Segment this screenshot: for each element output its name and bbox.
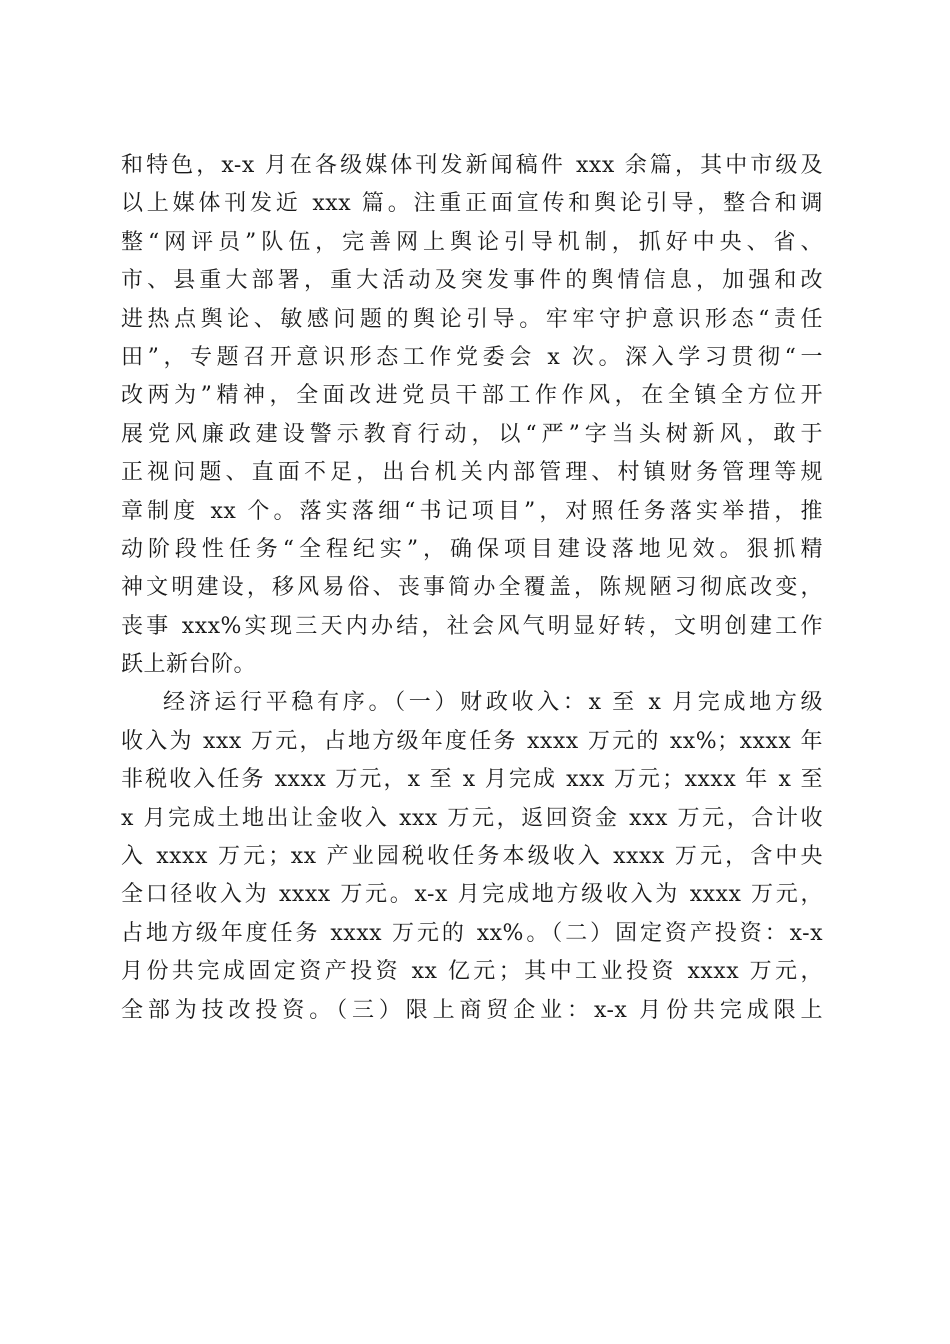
text-line: 进热点舆论、敏感问题的舆论引导。牢牢守护意识形态“责任 [121, 301, 823, 339]
text-line: 改两为”精神，全面改进党员干部工作作风，在全镇全方位开 [121, 377, 823, 415]
text-line: 全口径收入为 xxxx 万元。x-x 月完成地方级收入为 xxxx 万元， [121, 876, 823, 914]
text-line: 收入为 xxx 万元，占地方级年度任务 xxxx 万元的 xx%；xxxx 年 [121, 723, 823, 761]
text-line: 跃上新台阶。 [121, 646, 823, 684]
text-line: 全部为技改投资。（三）限上商贸企业：x-x 月份共完成限上 [121, 992, 823, 1030]
text-line: 以上媒体刊发近 xxx 篇。注重正面宣传和舆论引导，整合和调 [121, 185, 823, 223]
text-line: 正视问题、直面不足，出台机关内部管理、村镇财务管理等规 [121, 454, 823, 492]
text-line: 动阶段性任务“全程纪实”，确保项目建设落地见效。狠抓精 [121, 531, 823, 569]
text-line: 田”，专题召开意识形态工作党委会 x 次。深入学习贯彻“一 [121, 339, 823, 377]
text-line: 展党风廉政建设警示教育行动，以“严”字当头树新风，敢于 [121, 416, 823, 454]
paragraph-economic-operation: 经济运行平稳有序。（一）财政收入：x 至 x 月完成地方级 收入为 xxx 万元… [121, 684, 823, 1030]
text-line: 整“网评员”队伍，完善网上舆论引导机制，抓好中央、省、 [121, 224, 823, 262]
document-body: 和特色，x-x 月在各级媒体刊发新闻稿件 xxx 余篇，其中市级及 以上媒体刊发… [121, 147, 823, 1030]
paragraph-propaganda-and-party-conduct: 和特色，x-x 月在各级媒体刊发新闻稿件 xxx 余篇，其中市级及 以上媒体刊发… [121, 147, 823, 684]
text-line: 神文明建设，移风易俗、丧事简办全覆盖，陈规陋习彻底改变， [121, 569, 823, 607]
document-page: 和特色，x-x 月在各级媒体刊发新闻稿件 xxx 余篇，其中市级及 以上媒体刊发… [0, 0, 950, 1344]
text-line: 月份共完成固定资产投资 xx 亿元；其中工业投资 xxxx 万元， [121, 953, 823, 991]
text-line: 市、县重大部署，重大活动及突发事件的舆情信息，加强和改 [121, 262, 823, 300]
text-line: 入 xxxx 万元；xx 产业园税收任务本级收入 xxxx 万元，含中央 [121, 838, 823, 876]
text-line: 和特色，x-x 月在各级媒体刊发新闻稿件 xxx 余篇，其中市级及 [121, 147, 823, 185]
text-line: 章制度 xx 个。落实落细“书记项目”，对照任务落实举措，推 [121, 493, 823, 531]
text-line: 丧事 xxx%实现三天内办结，社会风气明显好转，文明创建工作 [121, 608, 823, 646]
text-line: 经济运行平稳有序。（一）财政收入：x 至 x 月完成地方级 [121, 684, 823, 722]
text-line: 非税收入任务 xxxx 万元，x 至 x 月完成 xxx 万元；xxxx 年 x… [121, 761, 823, 799]
text-line: 占地方级年度任务 xxxx 万元的 xx%。（二）固定资产投资：x-x [121, 915, 823, 953]
text-line: x 月完成土地出让金收入 xxx 万元，返回资金 xxx 万元，合计收 [121, 800, 823, 838]
